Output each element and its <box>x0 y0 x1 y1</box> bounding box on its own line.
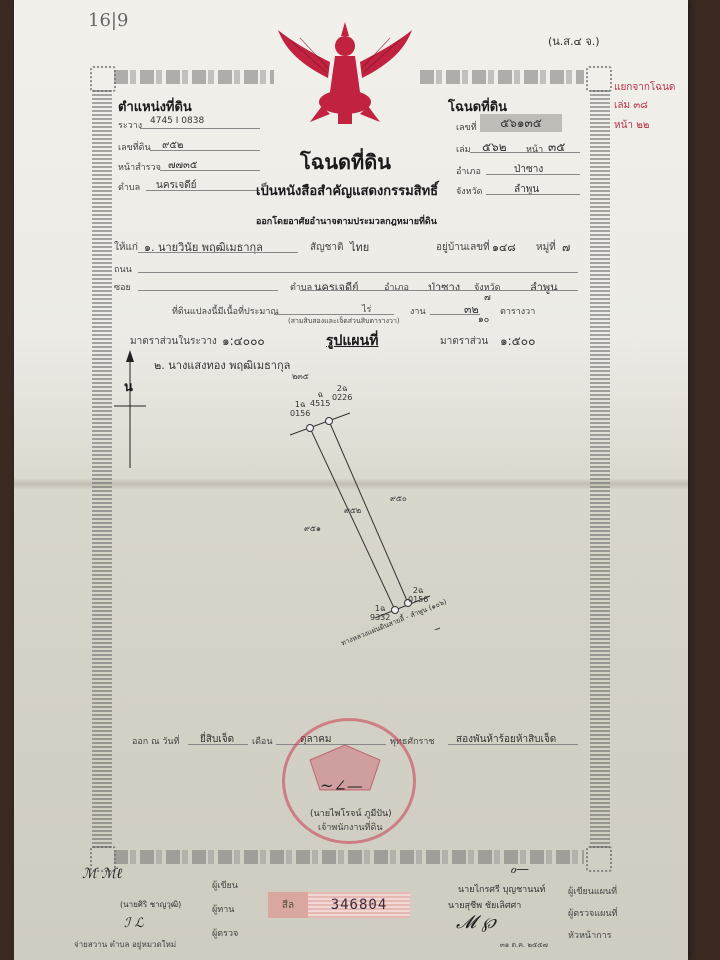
survey-page-label: หน้าสำรวจ <box>118 160 161 174</box>
map-writer-role: ผู้เขียนแผนที่ <box>568 884 617 898</box>
handwritten-note: 16|9 <box>88 10 128 31</box>
corner-ornament-icon <box>586 66 612 92</box>
deed-book-value: ๕๖๒ <box>482 138 507 157</box>
house-no-value: ๑๔๘ <box>492 238 516 256</box>
parcel-label: เลขที่ดิน <box>118 140 151 154</box>
rawang-label: ระวาง <box>118 118 142 132</box>
official-name: (นายไพโรจน์ ภูมีปัน) <box>310 806 392 820</box>
garuda-emblem-icon <box>270 22 420 127</box>
chief-role: หัวหน้าการ <box>568 928 611 942</box>
deed-book-label: เล่ม <box>456 142 471 156</box>
writer-role: ผู้เขียน <box>212 878 238 892</box>
left-border-pattern <box>92 90 112 850</box>
ngan-label: งาน <box>410 304 426 318</box>
right-signer-2: นายสุชีพ ชัยเลิศศา <box>448 898 521 912</box>
parcel-label: ๙๕๒ <box>344 506 361 515</box>
point-label: 2ฉ0156 <box>408 586 428 604</box>
point-label: 1ฉ0156 <box>290 400 310 418</box>
form-code: (น.ส.๔ จ.) <box>548 32 600 50</box>
parcel-label: ๙๕๑ <box>304 524 321 533</box>
issued-prefix: ออก ณ วันที่ <box>132 734 179 748</box>
issued-by-text: ออกโดยอาศัยอำนาจตามประมวลกฎหมายที่ดิน <box>256 214 437 228</box>
wa-fraction-top: ๗ <box>484 290 491 304</box>
owner-amphoe-label: อำเภอ <box>384 280 409 294</box>
map-scale-label: มาตราส่วนในระวาง <box>130 334 217 349</box>
map-scale-value: ๑:๔๐๐๐ <box>222 332 265 351</box>
owner-amphoe-value: ป่าซาง <box>428 278 460 296</box>
map-checker-role: ผู้ตรวจแผนที่ <box>568 906 617 920</box>
road-label: ถนน <box>114 262 132 276</box>
surveyor-signature: ℴ— <box>510 862 529 877</box>
serial-number: 346804 <box>308 892 410 918</box>
left-footer: จ่ายสวาน ตำบล อยู่หมวดใหม่ <box>74 938 176 951</box>
official-signature: ~∠— <box>320 776 363 795</box>
neighbor-north-sub: ๒๓๕ <box>292 370 309 383</box>
wa-value: ๓๒ <box>464 300 479 318</box>
left-signer-name: (นายศิริ ชาญวุฒิ) <box>120 898 181 911</box>
area-note: (สามสิบสองและเจ็ดส่วนสิบตารางวา) <box>288 316 400 327</box>
checker-role: ผู้ตรวจ <box>212 926 238 940</box>
nationality-value: ไทย <box>350 238 369 256</box>
deed-amphoe-label: อำเภอ <box>456 164 481 178</box>
area-label: ที่ดินแปลงนี้มีเนื้อที่ประมาณ <box>172 304 279 318</box>
corner-ornament-icon <box>90 66 116 92</box>
house-no-label: อยู่บ้านเลขที่ <box>436 240 490 255</box>
border-pattern <box>114 70 274 84</box>
serial-number-box: สีล 346804 <box>268 892 410 918</box>
tambon-label: ตำบล <box>118 180 140 194</box>
owner-province-value: ลำพูน <box>530 278 558 296</box>
separated-from-page: หน้า ๒๒ <box>614 118 649 133</box>
plan-scale-value: ๑:๕๐๐ <box>500 332 535 351</box>
north-label: น <box>124 376 133 397</box>
separated-from-book: เล่ม ๓๘ <box>614 98 648 113</box>
north-arrow-icon <box>110 350 150 470</box>
rai-label: ไร่ <box>362 302 371 316</box>
writer-signature: ℳ ℳℓ <box>82 866 122 883</box>
nationality-label: สัญชาติ <box>310 240 344 255</box>
owner-name: ๑. นายวินัย พฤฒิเมธากุล <box>144 238 263 256</box>
deed-number-value: ๕๖๑๓๕ <box>480 114 562 132</box>
wa-fraction-bottom: ๑๐ <box>478 312 489 326</box>
chief-signature: 𝓜 ℘ <box>456 912 496 933</box>
point-label: ฉ4515 <box>310 390 330 408</box>
right-signer-1: นายไกรศรี บุญชานนท์ <box>458 882 545 896</box>
land-position-heading: ตำแหน่งที่ดิน <box>118 96 192 117</box>
wa-label: ตารางวา <box>500 304 535 318</box>
plan-heading: รูปแผนที่ <box>326 330 378 352</box>
neighbor-north: ๒. นางแสงทอง พฤฒิเมธากุล <box>154 356 290 374</box>
parcel-label: ๙๕๐ <box>390 494 407 503</box>
owner-tambon-label: ตำบล <box>290 280 312 294</box>
deed-number-label: เลขที่ <box>456 120 477 134</box>
deed-province-label: จังหวัด <box>456 184 483 198</box>
given-to-label: ให้แก่ <box>114 240 138 255</box>
reviewer-role: ผู้ทาน <box>212 902 234 916</box>
corner-ornament-icon <box>586 846 612 872</box>
soi-label: ซอย <box>114 280 131 294</box>
moo-label: หมู่ที่ <box>536 240 556 255</box>
rawang-value: 4745 I 0838 <box>150 116 204 126</box>
separated-from-label: แยกจากโฉนด <box>614 80 675 95</box>
checker-signature: ℐ ℒ <box>124 916 144 931</box>
document-subtitle: เป็นหนังสือสำคัญแสดงกรรมสิทธิ์ <box>256 180 438 201</box>
point-label: 2ฉ0226 <box>332 384 352 402</box>
right-border-pattern <box>590 90 610 850</box>
right-stamp-note: ๓๑ ต.ค. ๒๕๕๗ <box>500 940 548 951</box>
document-title: โฉนดที่ดิน <box>300 146 391 178</box>
owner-tambon-value: นครเจดีย์ <box>314 278 359 296</box>
serial-prefix: สีล <box>268 892 308 918</box>
moo-value: ๗ <box>562 238 570 256</box>
point-label: 1ฉ9332 <box>370 604 390 622</box>
border-pattern <box>420 70 584 84</box>
official-title: เจ้าพนักงานที่ดิน <box>318 820 382 834</box>
month-label: เดือน <box>252 734 272 748</box>
deed-page-value: ๓๕ <box>548 138 565 157</box>
deed-page-label: หน้า <box>526 142 543 156</box>
plan-scale-label: มาตราส่วน <box>440 334 488 349</box>
